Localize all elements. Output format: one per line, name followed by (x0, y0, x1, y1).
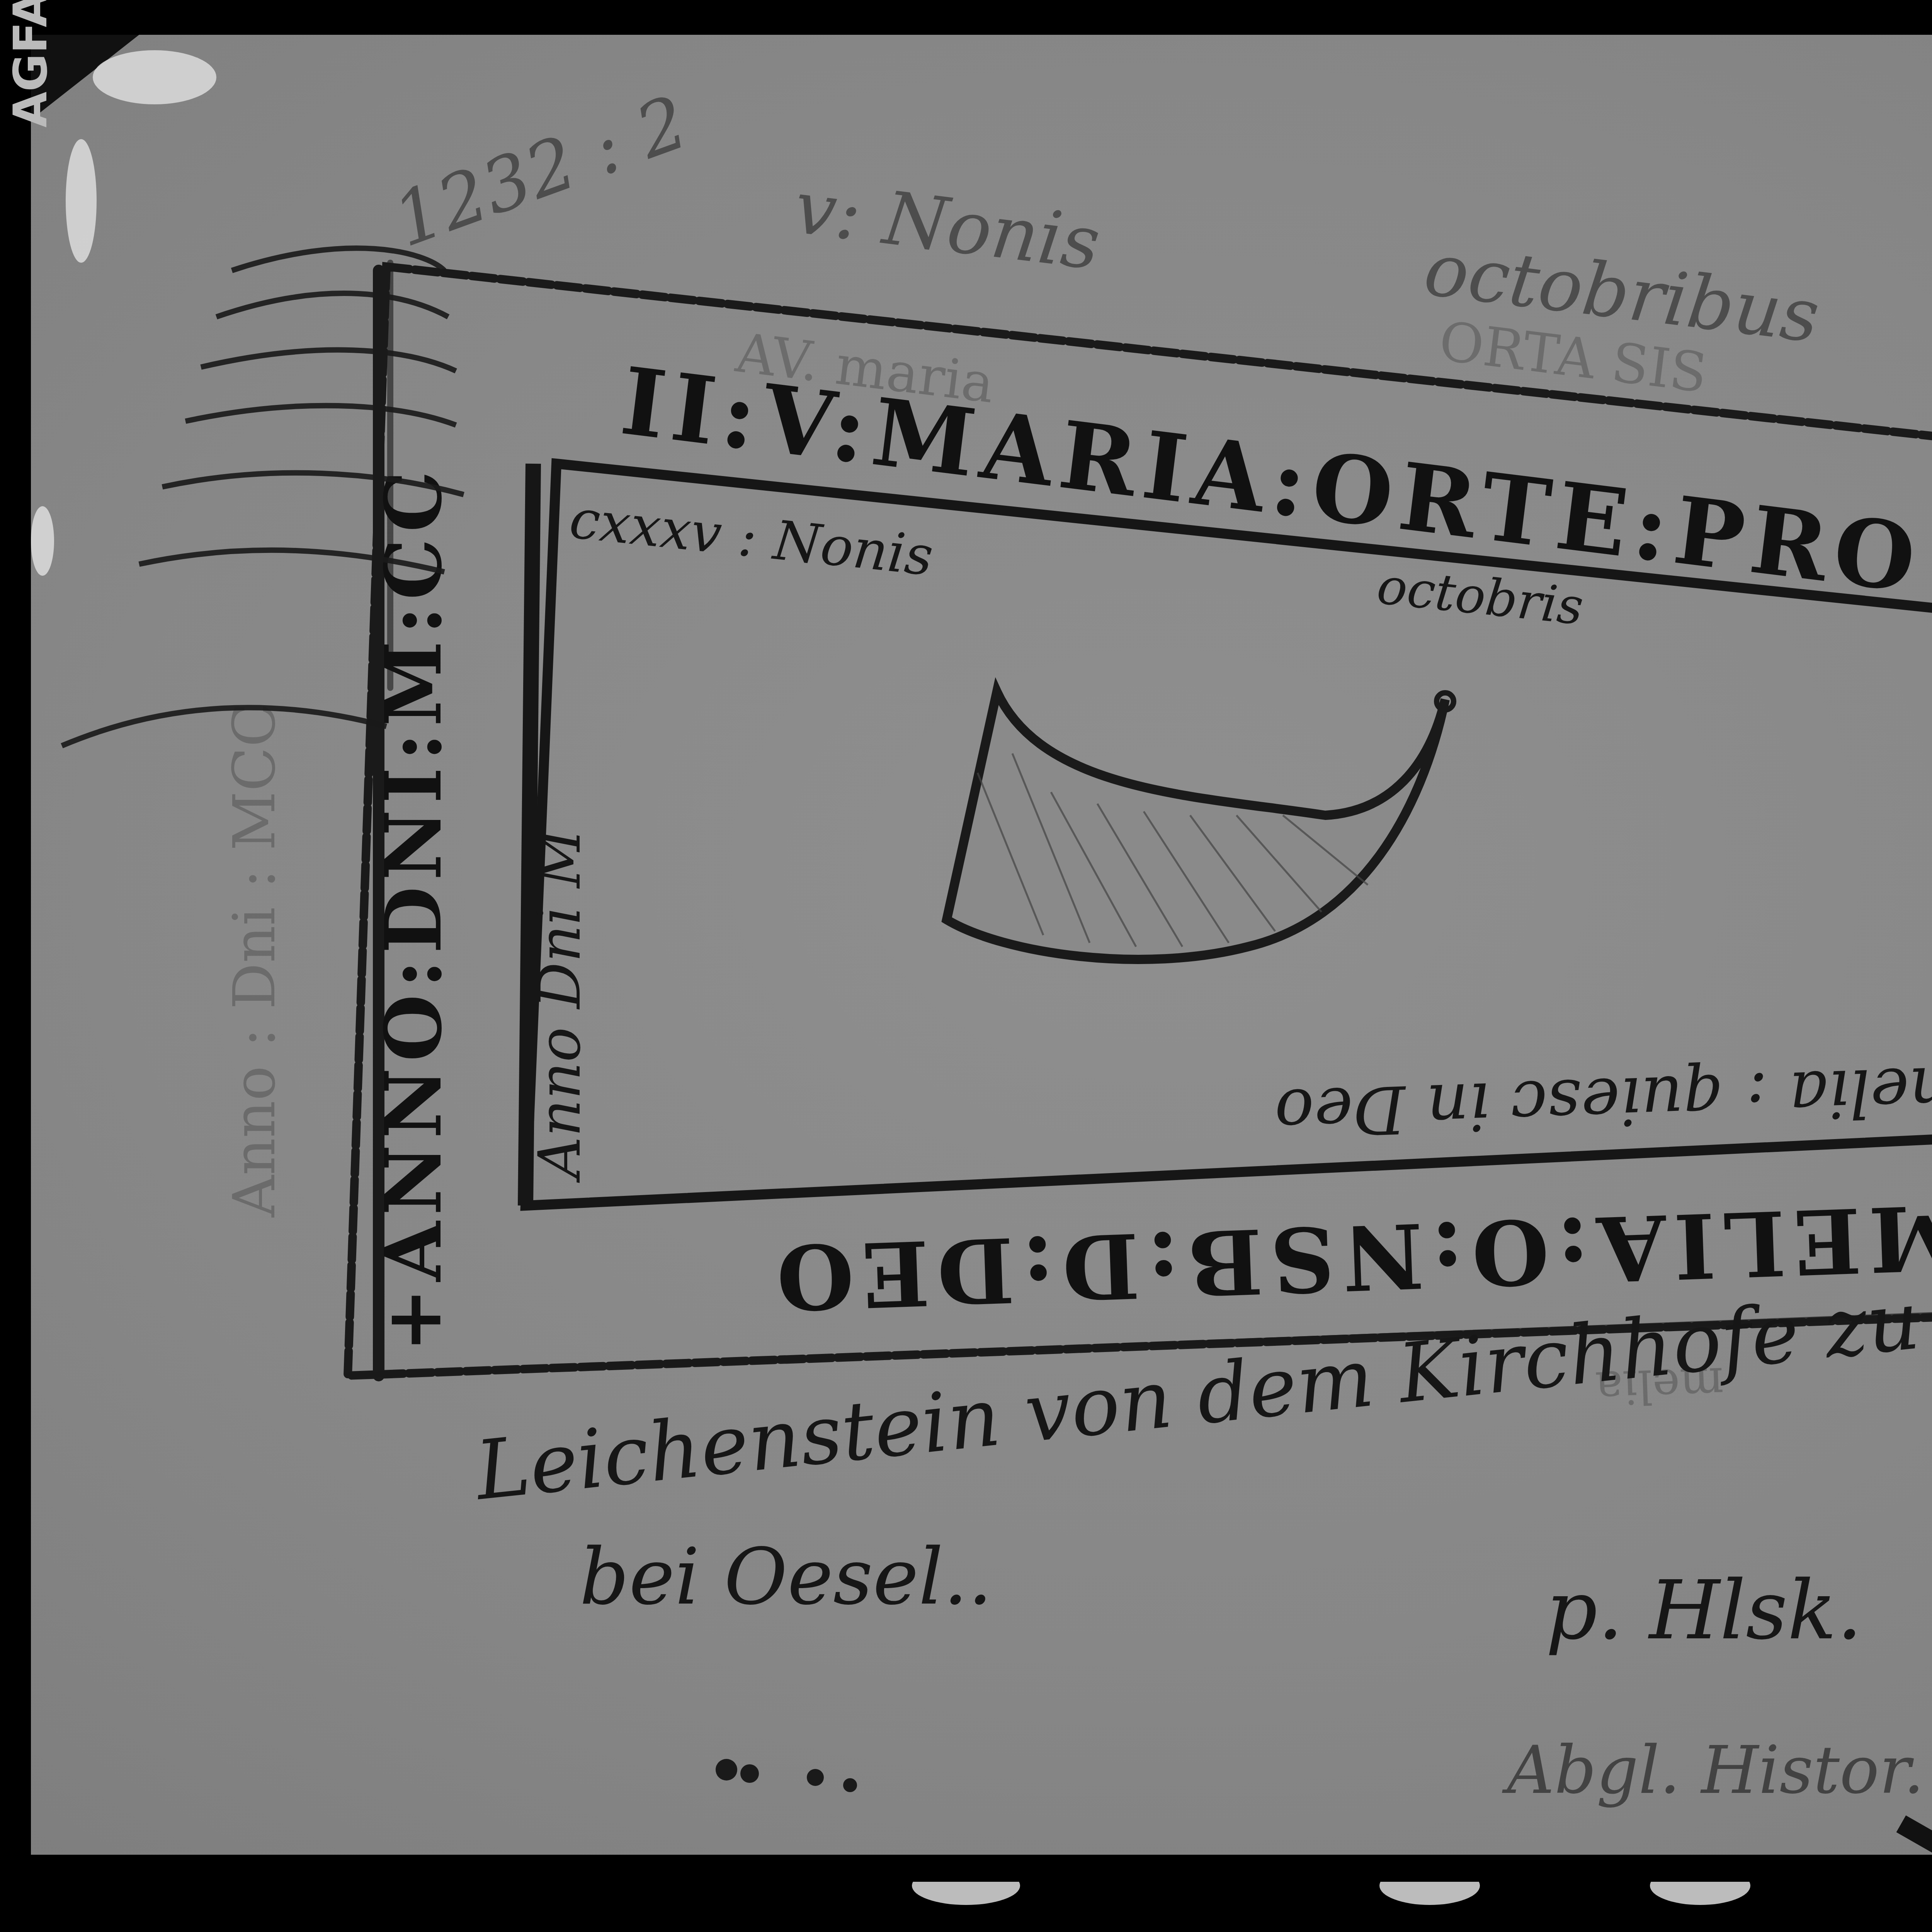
caption-line-2: bei Oesel.. (580, 1532, 992, 1622)
shield-drawing (947, 692, 1454, 959)
inscription-outer-left: +ANNO:DNI:M:CC (368, 464, 459, 1352)
inscription-inner-bottom: melia : quiesc in Deo (1273, 1051, 1932, 1151)
caption-signature: p. Hlsk. (1546, 1563, 1862, 1658)
plate-mark-text: AGFA (4, 0, 58, 128)
inscription-inner-left: Anno Dni M (526, 827, 594, 1183)
pencil-date-1: v: Nonis (790, 164, 1105, 286)
archival-reference: Abgl. Histor. Museum D.XII,81. (1502, 1732, 1932, 1809)
drawing-canvas: AGFA (0, 0, 1932, 1932)
ink-blots (716, 1759, 857, 1792)
pencil-left-margin: Anno : Dni : MCC (221, 702, 288, 1218)
pencil-year: 1232 : 2 (383, 79, 698, 264)
glass-plate: AGFA (0, 0, 1932, 1932)
plate-edge-notches (31, 460, 1932, 1882)
